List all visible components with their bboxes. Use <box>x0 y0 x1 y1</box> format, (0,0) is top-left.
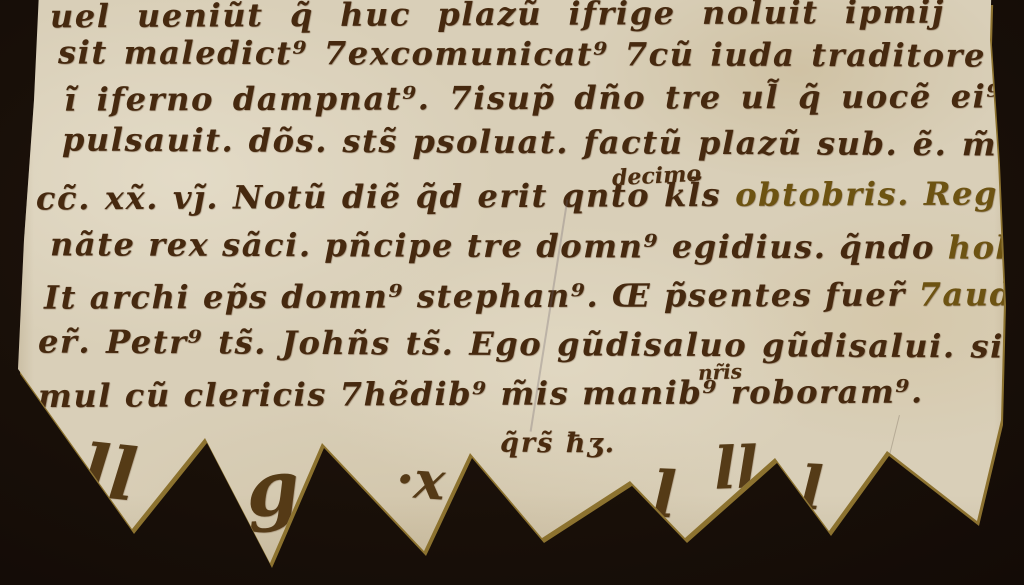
interlinear-insertion-nris: nr̃is <box>698 359 743 385</box>
manuscript-line: nãte rex sãci. pñcipe tre domn⁹ egidius.… <box>50 226 1008 266</box>
parchment-sheet: uel ueniũt q̃ huc plazũ ifrige noluit ip… <box>0 0 1024 585</box>
line-text: nãte rex sãci. pñcipe tre domn⁹ egidius.… <box>50 225 935 266</box>
manuscript-line: er̃. Petr⁹ ts̃. Johñs ts̃. Ego gũdisaluo… <box>38 323 1004 365</box>
manuscript-line: cc̃. xx̃. vj̃. Notũ diẽ q̃d erit qnto kl… <box>36 175 998 217</box>
line-text: ĩ iferno dampnat⁹. 7isup̃ dño tre ul̃ q̃… <box>64 77 1002 118</box>
cut-letter-fragment: ll <box>78 427 141 517</box>
line-text-olive: obtobris. Reg <box>721 174 998 213</box>
cut-letter-fragment: l <box>651 458 678 534</box>
manuscript-line: sit maledict⁹ 7excomunicat⁹ 7cũ iuda tra… <box>58 34 986 74</box>
cut-letter-fragment: l <box>798 453 824 524</box>
line-text-olive: hobs <box>935 228 1024 266</box>
line-text: uel ueniũt q̃ huc plazũ ifrige noluit ip… <box>50 0 945 35</box>
line-text: pulsauit. dõs. sts̃ psoluat. factũ plazũ… <box>62 121 1010 164</box>
cut-letter-fragment: ·x <box>394 448 447 512</box>
manuscript-line: It archi ep̃s domn⁹ stephan⁹. Œ p̃sentes… <box>44 276 1008 316</box>
manuscript-line: pulsauit. dõs. sts̃ psoluat. factũ plazũ… <box>62 122 1010 164</box>
manuscript-line: uel ueniũt q̃ huc plazũ ifrige noluit ip… <box>50 0 945 35</box>
cut-letter-fragment: g <box>243 442 302 534</box>
line-text: It archi ep̃s domn⁹ stephan⁹. Œ p̃sentes… <box>44 276 906 317</box>
line-text: er̃. Petr⁹ ts̃. Johñs ts̃. Ego gũdisaluo… <box>38 322 1004 365</box>
line-text-olive: 7audj <box>906 275 1024 313</box>
line-text: sit maledict⁹ 7excomunicat⁹ 7cũ iuda tra… <box>58 33 986 74</box>
closing-abbreviation: q̃rs̃ ħʒ. <box>500 428 616 459</box>
cut-letter-fragment: ll <box>713 433 759 502</box>
line-text: mul cũ clericis 7hẽdib⁹ m̃is manib⁹ robo… <box>38 372 924 415</box>
interlinear-insertion-decimo: decimo <box>611 161 701 192</box>
manuscript-photo: uel ueniũt q̃ huc plazũ ifrige noluit ip… <box>0 0 1024 585</box>
manuscript-line: ĩ iferno dampnat⁹. 7isup̃ dño tre ul̃ q̃… <box>64 78 1002 118</box>
